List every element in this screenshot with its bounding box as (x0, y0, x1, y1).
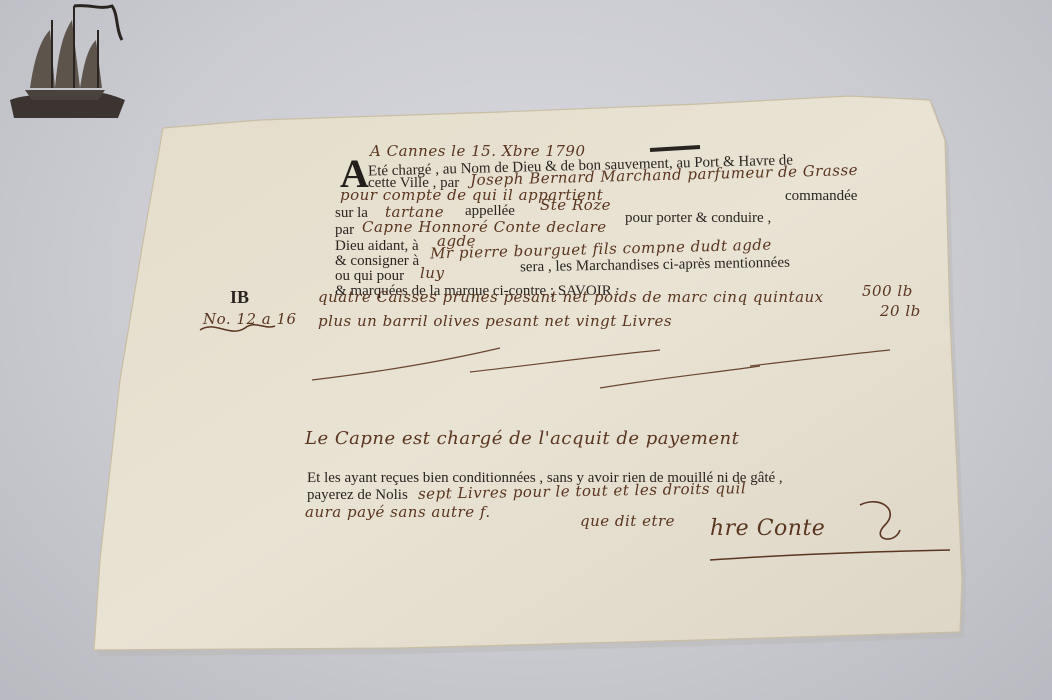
goods-amount-2: 20 lb (880, 302, 921, 320)
print-line-5a: par (335, 222, 354, 239)
freight-terms-2: aura payé sans autre f. (305, 503, 491, 521)
document-photo: A Cannes le 15. Xbre 1790 A Eté chargé ,… (0, 0, 1052, 700)
paper-sheet (0, 0, 1052, 700)
goods-amount-1: 500 lb (862, 282, 913, 300)
proxy: luy (420, 264, 444, 282)
captain-name: Capne Honnoré Conte declare (362, 218, 607, 236)
goods-mark-1: IB (230, 287, 249, 308)
captain-note: Le Capne est chargé de l'acquit de payem… (305, 428, 739, 449)
print-line-5b: pour porter & conduire , (625, 210, 771, 227)
goods-mark-2: No. 12 a 16 (203, 310, 297, 328)
print-line-4c: commandée (785, 188, 857, 205)
said-to-be: que dit etre (580, 512, 675, 530)
vessel-name: Ste Roze (540, 196, 611, 214)
signature: hre Conte (710, 516, 825, 541)
ship-woodcut-icon (0, 0, 130, 125)
place-date: A Cannes le 15. Xbre 1790 (370, 142, 586, 160)
goods-description-2: plus un barril olives pesant net vingt L… (318, 312, 672, 330)
footer-print-2: payerez de Nolis (307, 487, 408, 504)
goods-description-1: quatre Caisses prunes pesant net poids d… (318, 288, 824, 306)
